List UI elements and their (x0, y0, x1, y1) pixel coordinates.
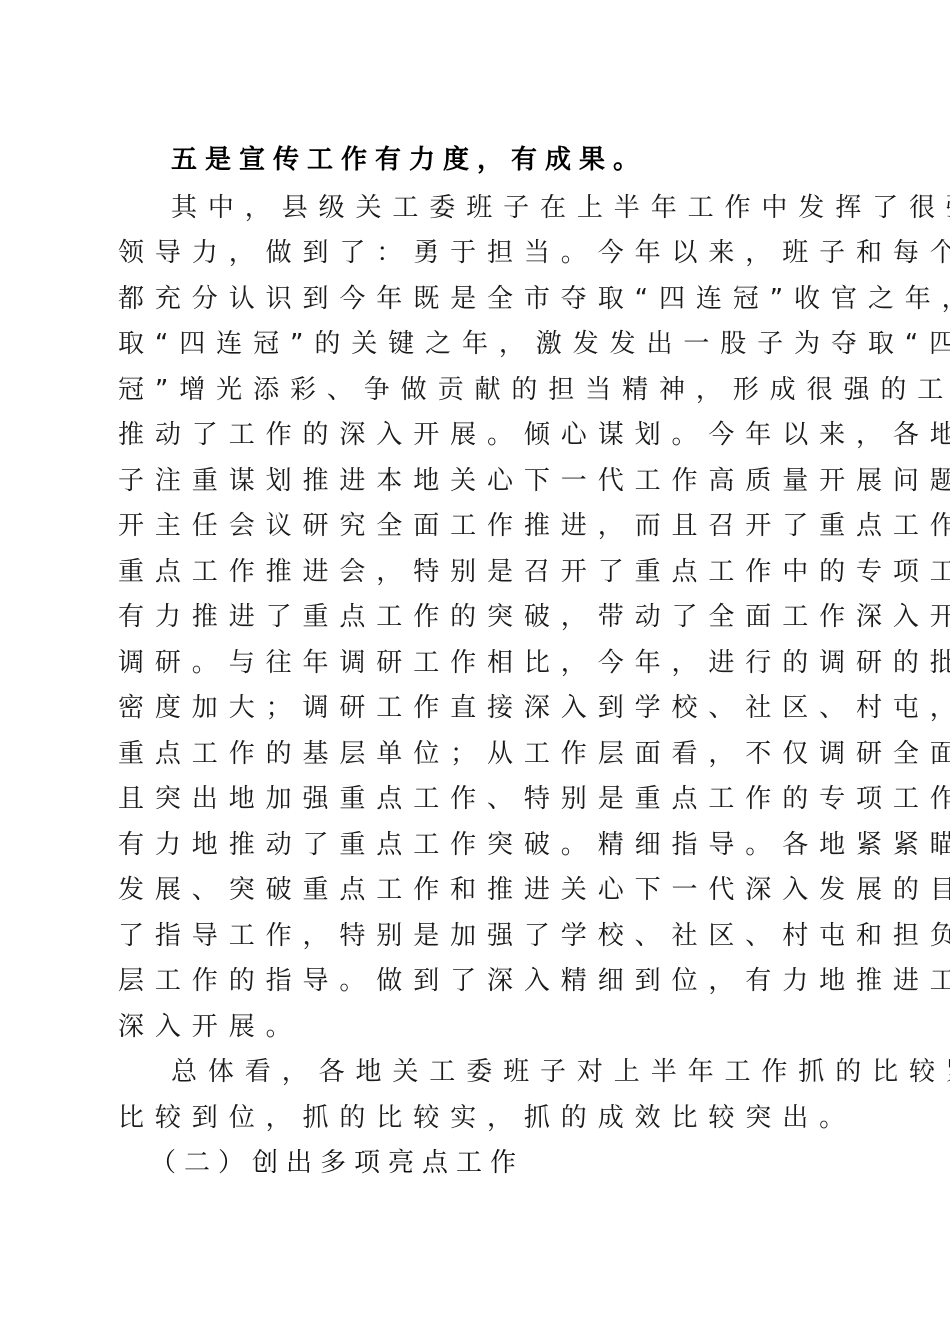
text-line: 推动了工作的深入开展。倾心谋划。今年以来，各地关工委班 (118, 412, 950, 458)
text-line: 子注重谋划推进本地关心下一代工作高质量开展问题，不仅召 (118, 458, 950, 504)
paragraph-first-line: 总体看，各地关工委班子对上半年工作抓的比较紧、抓的 (171, 1049, 950, 1095)
text-line: 比较到位，抓的比较实，抓的成效比较突出。 (118, 1095, 856, 1141)
document-page: 五是宣传工作有力度，有成果。其中，县级关工委班子在上半年工作中发挥了很强的组织领… (0, 0, 950, 1344)
text-line: 调研。与往年调研工作相比，今年，进行的调研的批次增多、 (118, 640, 950, 686)
text-line: 发展、突破重点工作和推进关心下一代深入发展的目标，加强 (118, 867, 950, 913)
section-heading: （二）创出多项亮点工作 (150, 1140, 524, 1186)
text-line: 都充分认识到今年既是全市夺取“四连冠”收官之年，也是夺 (118, 276, 950, 322)
text-line: 重点工作的基层单位；从工作层面看，不仅调研全面工作，而 (118, 731, 950, 777)
text-line: 密度加大；调研工作直接深入到学校、社区、村屯，以及推进 (118, 685, 950, 731)
text-line: 且突出地加强重点工作、特别是重点工作的专项工作的调研， (118, 776, 950, 822)
text-line: 取“四连冠”的关键之年，激发发出一股子为夺取“四连 (118, 321, 950, 367)
text-line: 冠”增光添彩、争做贡献的担当精神，形成很强的工作动力， (118, 367, 950, 413)
text-line: 重点工作推进会，特别是召开了重点工作中的专项工作推进会， (118, 549, 950, 595)
text-line: 有力地推动了重点工作突破。精细指导。各地紧紧瞄准高质量 (118, 822, 950, 868)
text-line: 有力推进了重点工作的突破，带动了全面工作深入开展。深入 (118, 594, 950, 640)
bold-paragraph-line: 五是宣传工作有力度，有成果。 (171, 137, 647, 183)
text-line: 领导力，做到了：勇于担当。今年以来，班子和每个班子成员 (118, 230, 950, 276)
paragraph-first-line: 其中，县级关工委班子在上半年工作中发挥了很强的组织 (171, 185, 950, 231)
text-line: 层工作的指导。做到了深入精细到位，有力地推进工作的全面 (118, 958, 950, 1004)
text-line: 了指导工作，特别是加强了学校、社区、村屯和担负重点的基 (118, 913, 950, 959)
text-line: 开主任会议研究全面工作推进，而且召开了重点工作的协调会、 (118, 503, 950, 549)
text-line: 深入开展。 (118, 1004, 303, 1050)
